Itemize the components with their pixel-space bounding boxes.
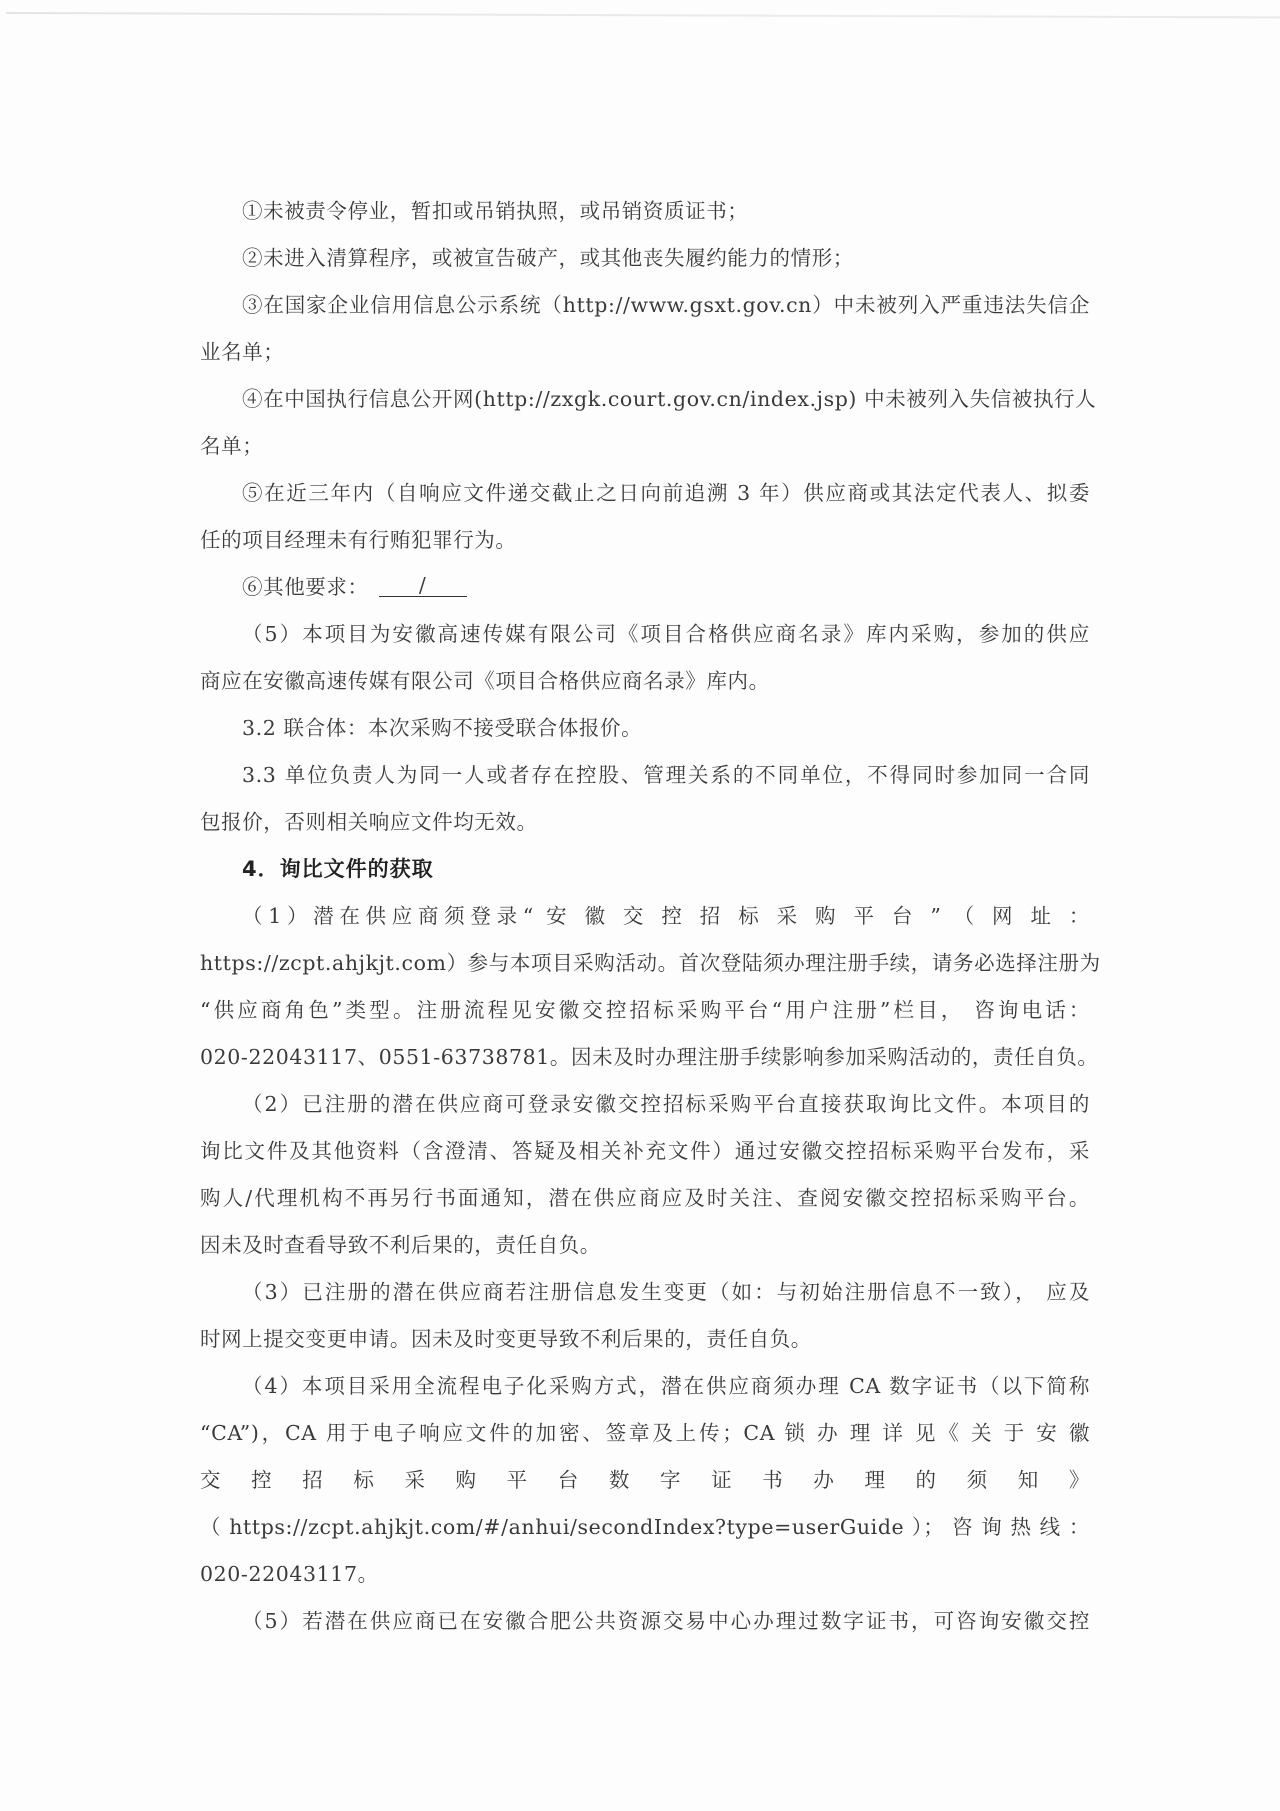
section-3-2-consortium: 3.2 联合体：本次采购不接受联合体报价。: [200, 713, 1090, 743]
item-6-blank-value: /: [379, 574, 467, 597]
item-5-bribery-line2: 任的项目经理未有行贿犯罪行为。: [200, 525, 1090, 555]
para-4-3-line2: 时网上提交变更申请。因未及时变更导致不利后果的，责任自负。: [200, 1324, 1090, 1354]
para-4-4-line3: 交 控 招 标 采 购 平 台 数 字 证 书 办 理 的 须 知 》: [200, 1465, 1090, 1495]
para-4-4-line5: 020-22043117。: [200, 1559, 1090, 1589]
item-6-label: ⑥其他要求：: [242, 575, 369, 599]
para-4-5-line1: （5）若潜在供应商已在安徽合肥公共资源交易中心办理过数字证书，可咨询安徽交控: [200, 1606, 1090, 1636]
section-3-3-line2: 包报价，否则相关响应文件均无效。: [200, 807, 1090, 837]
item-4-zxgk-line2: 名单；: [200, 431, 1090, 461]
item-2-liquidation: ②未进入清算程序，或被宣告破产，或其他丧失履约能力的情形；: [200, 243, 1090, 273]
scan-edge-rule: [6, 12, 1280, 19]
para-4-4-line4-url: （ https://zcpt.ahjkjt.com/#/anhui/second…: [200, 1512, 1090, 1542]
item-5-bribery-line1: ⑤在近三年内（自响应文件递交截止之日向前追溯 3 年）供应商或其法定代表人、拟委: [200, 478, 1090, 508]
para-5-supplier-list-line2: 商应在安徽高速传媒有限公司《项目合格供应商名录》库内。: [200, 666, 1090, 696]
para-4-2-line3: 购人/代理机构不再另行书面通知，潜在供应商应及时关注、查阅安徽交控招标采购平台。: [200, 1183, 1090, 1213]
para-4-1-line2: https://zcpt.ahjkjt.com）参与本项目采购活动。首次登陆须办…: [200, 948, 1090, 978]
item-4-zxgk-line1: ④在中国执行信息公开网(http://zxgk.court.gov.cn/ind…: [200, 384, 1090, 414]
section-3-3-line1: 3.3 单位负责人为同一人或者存在控股、管理关系的不同单位，不得同时参加同一合同: [200, 760, 1090, 790]
section-4-heading: 4．询比文件的获取: [200, 854, 1090, 884]
para-4-3-line1: （3）已注册的潜在供应商若注册信息发生变更（如：与初始注册信息不一致）， 应及: [200, 1277, 1090, 1307]
para-4-2-line2: 询比文件及其他资料（含澄清、答疑及相关补充文件）通过安徽交控招标采购平台发布，采: [200, 1136, 1090, 1166]
item-1-license: ①未被责令停业，暂扣或吊销执照，或吊销资质证书；: [200, 196, 1090, 226]
para-4-2-line1: （2）已注册的潜在供应商可登录安徽交控招标采购平台直接获取询比文件。本项目的: [200, 1089, 1090, 1119]
para-5-supplier-list-line1: （5）本项目为安徽高速传媒有限公司《项目合格供应商名录》库内采购，参加的供应: [200, 619, 1090, 649]
para-4-2-line4: 因未及时查看导致不利后果的，责任自负。: [200, 1230, 1090, 1260]
item-3-gsxt-line1: ③在国家企业信用信息公示系统（http://www.gsxt.gov.cn）中未…: [200, 290, 1090, 320]
para-4-1-line1: （1）潜在供应商须登录“ 安 徽 交 控 招 标 采 购 平 台 ” （ 网 址…: [200, 901, 1090, 931]
para-4-1-line3: “供应商角色”类型。注册流程见安徽交控招标采购平台“用户注册”栏目， 咨询电话：: [200, 995, 1090, 1025]
item-6-other-requirements: ⑥其他要求：/: [200, 572, 1090, 602]
para-4-4-line1: （4）本项目采用全流程电子化采购方式，潜在供应商须办理 CA 数字证书（以下简称: [200, 1371, 1090, 1401]
para-4-4-line2: “CA”)，CA 用于电子响应文件的加密、签章及上传；CA 锁 办 理 详 见《…: [200, 1418, 1090, 1448]
item-3-gsxt-line2: 业名单；: [200, 337, 1090, 367]
para-4-1-line4: 020-22043117、0551-63738781。因未及时办理注册手续影响参…: [200, 1042, 1090, 1072]
